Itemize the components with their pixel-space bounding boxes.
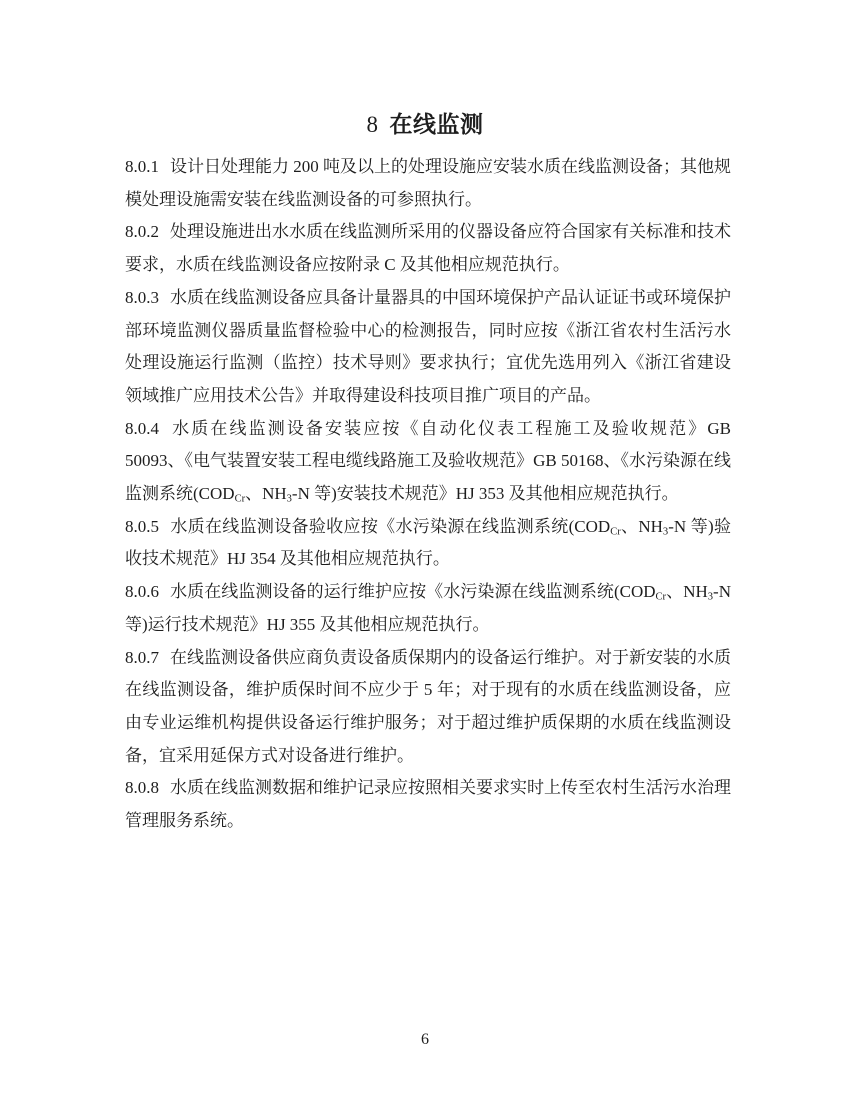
clause-number: 8.0.1 — [125, 157, 159, 176]
clause-text: 水质在线监测数据和维护记录应按照相关要求实时上传至农村生活污水治理管理服务系统。 — [125, 778, 731, 830]
document-body: 8.0.1设计日处理能力 200 吨及以上的处理设施应安装水质在线监测设备；其他… — [125, 151, 731, 838]
clause-text: 水质在线监测设备验收应按《水污染源在线监测系统(COD — [170, 517, 610, 536]
clause-number: 8.0.8 — [125, 778, 159, 797]
clause-paragraph: 8.0.2处理设施进出水水质在线监测所采用的仪器设备应符合国家有关标准和技术要求… — [125, 216, 731, 281]
clause-text: -N 等)安装技术规范》HJ 353 及其他相应规范执行。 — [292, 484, 679, 503]
clause-text-subscript: Cr — [235, 493, 246, 504]
clause-number: 8.0.7 — [125, 648, 159, 667]
clause-text: 水质在线监测设备应具备计量器具的中国环境保护产品认证证书或环境保护部环境监测仪器… — [125, 288, 731, 405]
clause-text: 、NH — [245, 484, 287, 503]
clause-number: 8.0.3 — [125, 288, 159, 307]
clause-number: 8.0.6 — [125, 582, 159, 601]
clause-text: 水质在线监测设备的运行维护应按《水污染源在线监测系统(COD — [170, 582, 656, 601]
section-title-text: 在线监测 — [390, 111, 484, 137]
clause-paragraph: 8.0.1设计日处理能力 200 吨及以上的处理设施应安装水质在线监测设备；其他… — [125, 151, 731, 216]
clause-paragraph: 8.0.3水质在线监测设备应具备计量器具的中国环境保护产品认证证书或环境保护部环… — [125, 282, 731, 413]
clause-paragraph: 8.0.7在线监测设备供应商负责设备质保期内的设备运行维护。对于新安装的水质在线… — [125, 642, 731, 773]
clause-text: 、NH — [621, 517, 663, 536]
clause-paragraph: 8.0.8水质在线监测数据和维护记录应按照相关要求实时上传至农村生活污水治理管理… — [125, 772, 731, 837]
clause-text: 、NH — [666, 582, 708, 601]
clause-paragraph: 8.0.4水质在线监测设备安装应按《自动化仪表工程施工及验收规范》GB 5009… — [125, 413, 731, 511]
clause-number: 8.0.2 — [125, 222, 159, 241]
page-number: 6 — [0, 1031, 850, 1049]
clause-number: 8.0.4 — [125, 419, 159, 438]
section-title: 8在线监测 — [0, 106, 850, 139]
clause-text-subscript: Cr — [610, 526, 621, 537]
clause-text-subscript: Cr — [656, 591, 667, 602]
clause-number: 8.0.5 — [125, 517, 159, 536]
clause-paragraph: 8.0.6水质在线监测设备的运行维护应按《水污染源在线监测系统(CODCr、NH… — [125, 576, 731, 641]
clause-text: 在线监测设备供应商负责设备质保期内的设备运行维护。对于新安装的水质在线监测设备，… — [125, 648, 731, 765]
clause-paragraph: 8.0.5水质在线监测设备验收应按《水污染源在线监测系统(CODCr、NH3-N… — [125, 511, 731, 576]
clause-text: 设计日处理能力 200 吨及以上的处理设施应安装水质在线监测设备；其他规模处理设… — [125, 157, 731, 209]
section-number: 8 — [367, 112, 379, 137]
clause-text: 处理设施进出水水质在线监测所采用的仪器设备应符合国家有关标准和技术要求，水质在线… — [125, 222, 731, 274]
document-page: 8在线监测 8.0.1设计日处理能力 200 吨及以上的处理设施应安装水质在线监… — [0, 0, 850, 1100]
